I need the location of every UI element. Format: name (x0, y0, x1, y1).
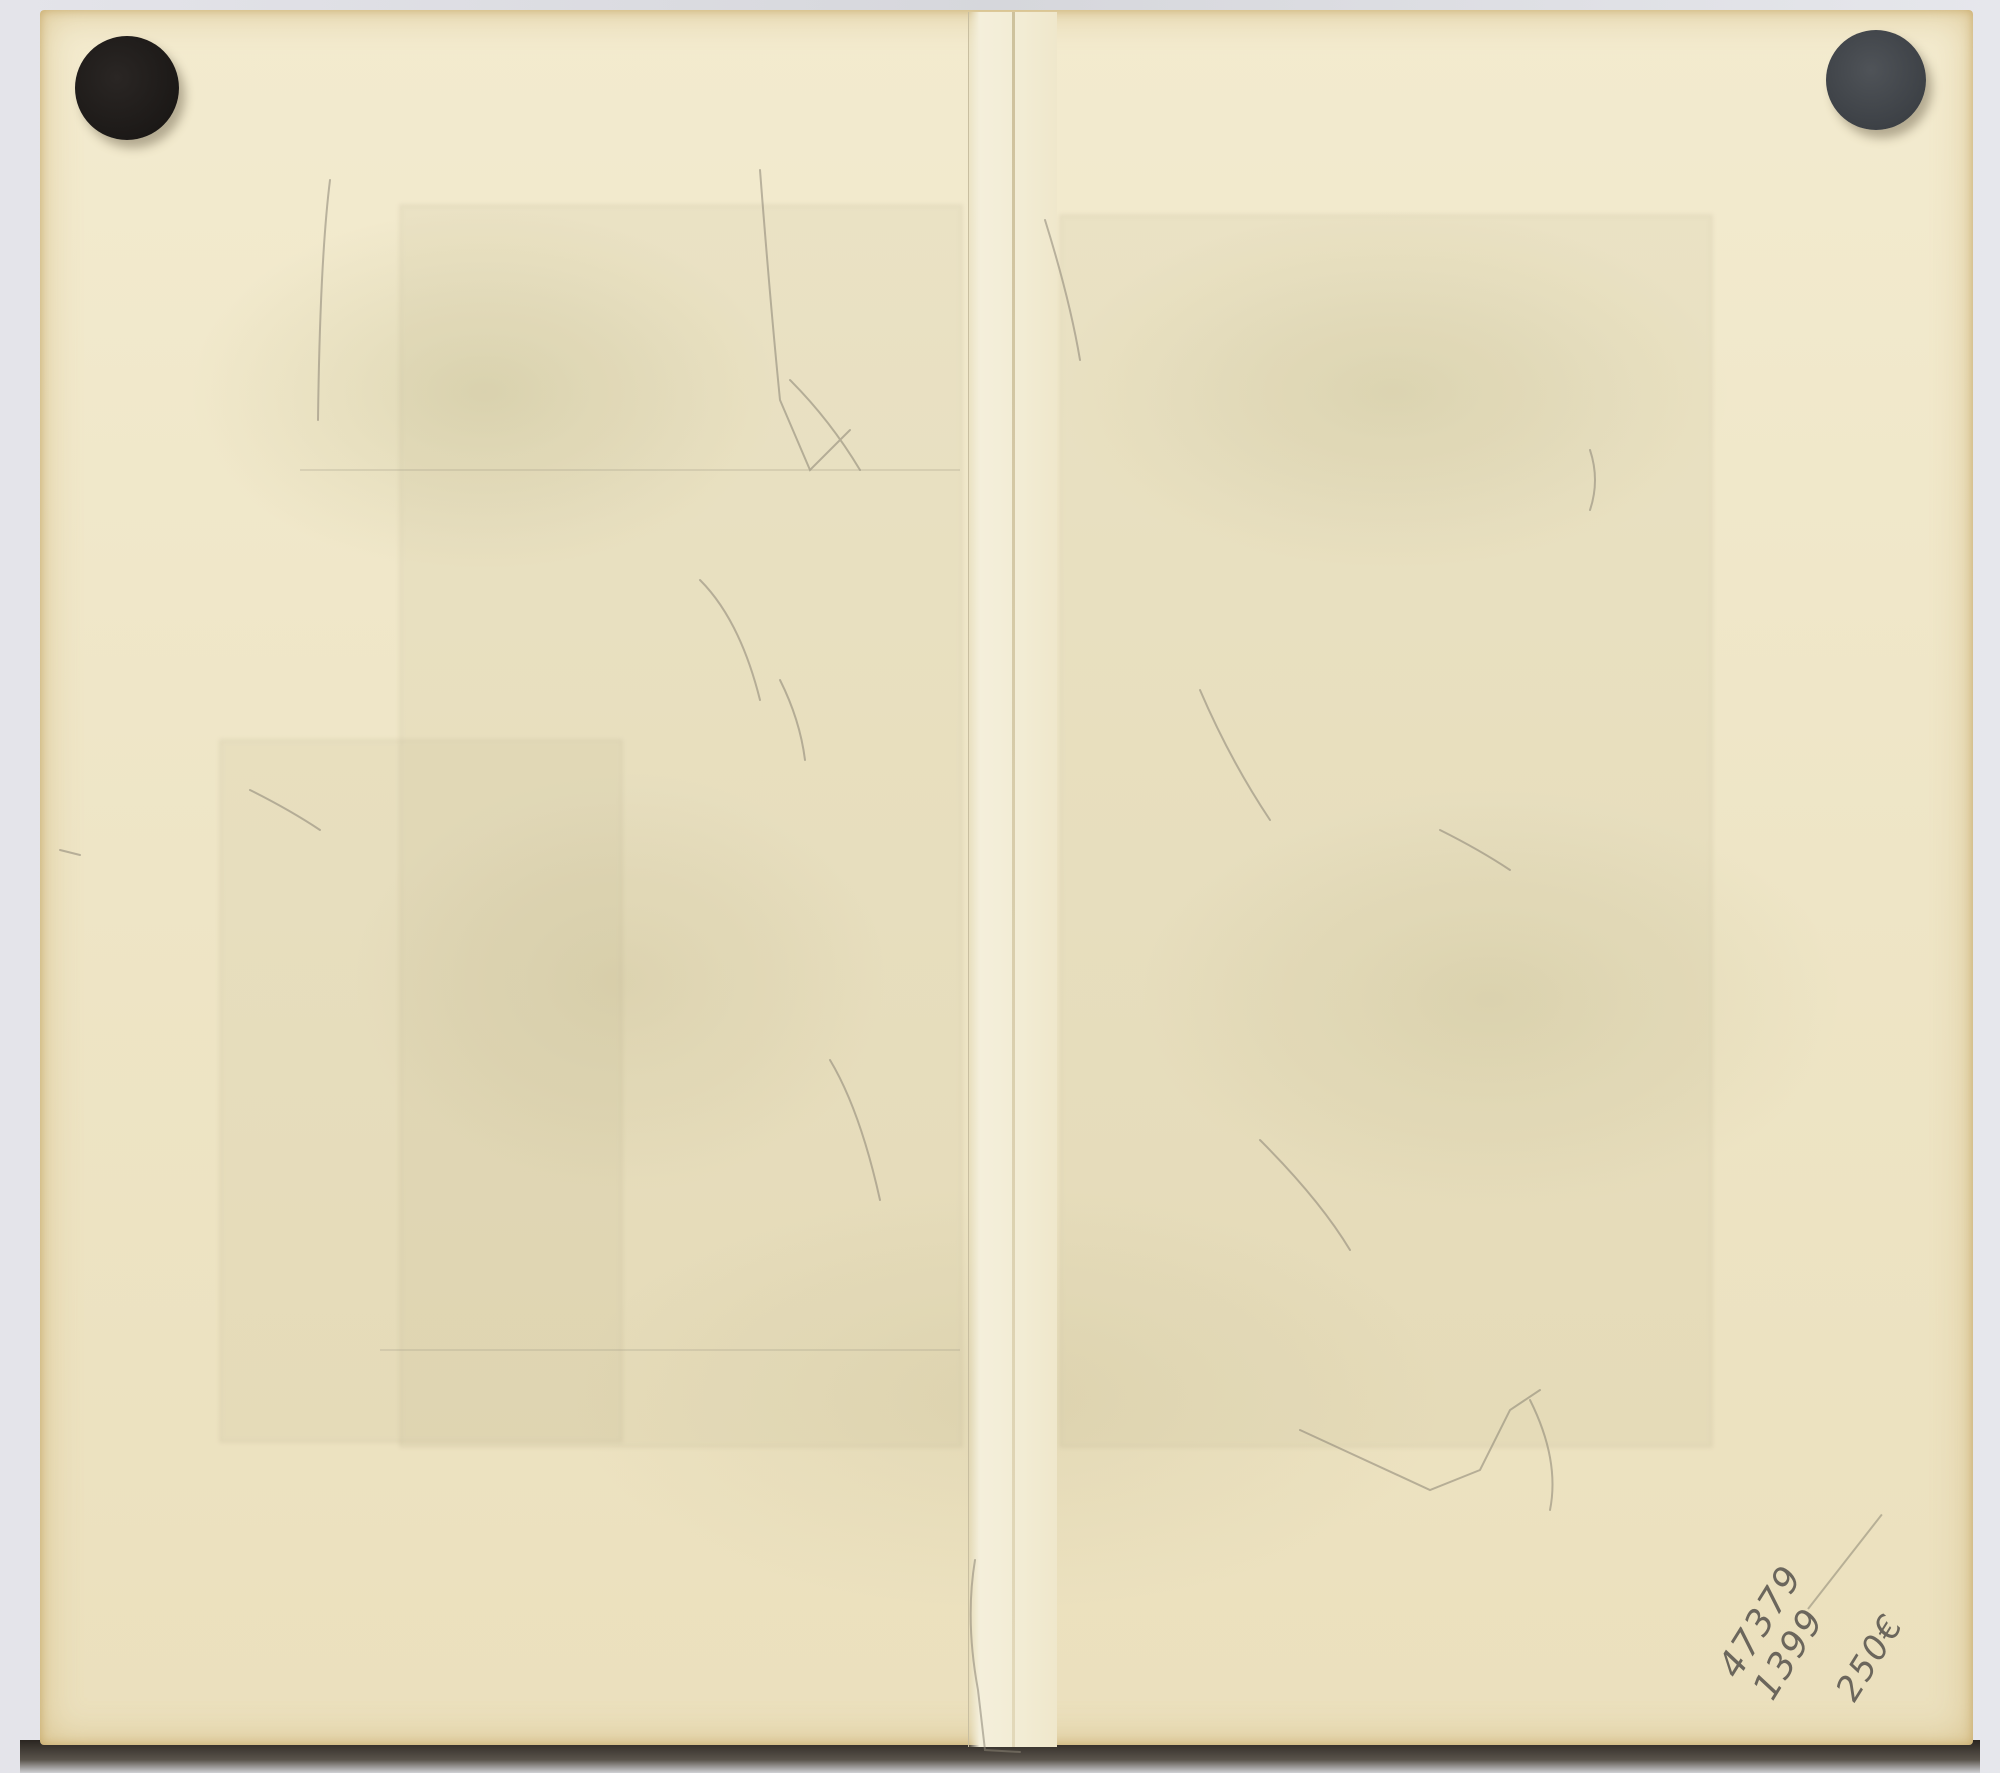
show-through-strokes (0, 0, 2000, 1773)
magnet-left (75, 36, 179, 140)
magnet-right (1826, 30, 1926, 130)
